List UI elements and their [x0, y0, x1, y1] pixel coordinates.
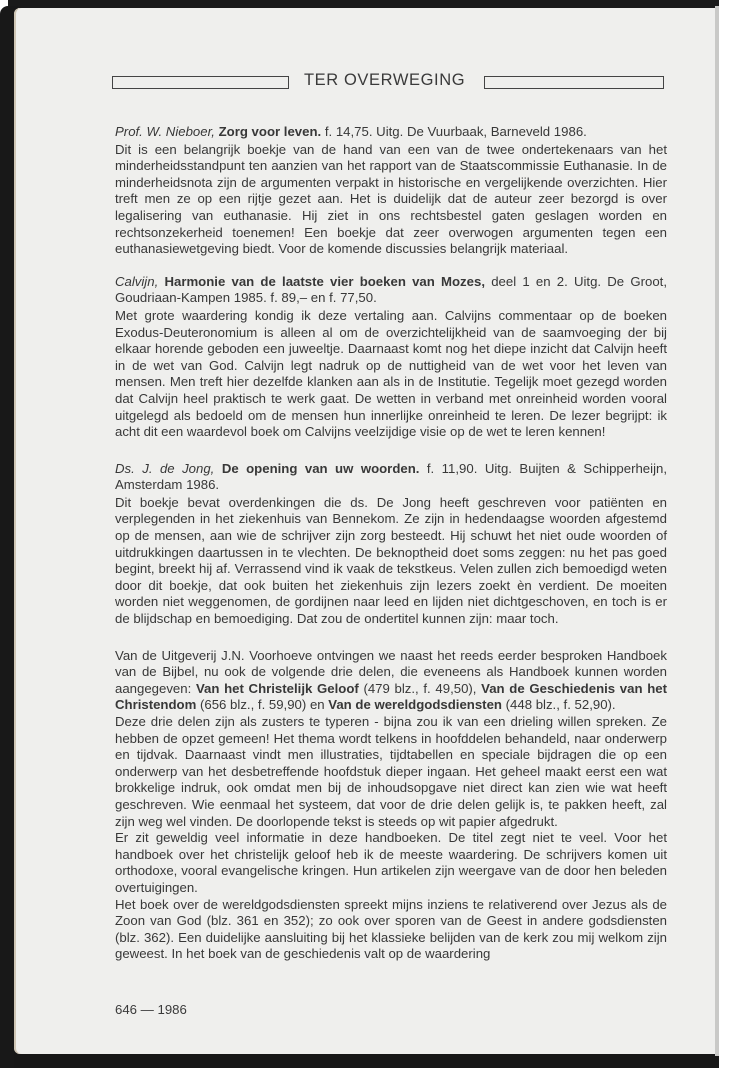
header-rule-box-left — [112, 76, 289, 89]
handbook-title-wereldgodsdiensten: Van de wereldgodsdiensten — [328, 697, 502, 712]
review-citation: Prof. W. Nieboer, Zorg voor leven. f. 14… — [115, 124, 667, 141]
scan-frame-bottom — [14, 1052, 734, 1068]
review-citation: Calvijn, Harmonie van de laatste vier bo… — [115, 274, 667, 307]
review-author: Calvijn, — [115, 274, 158, 289]
review-book-title: De opening van uw woorden. — [222, 461, 420, 476]
review-author: Ds. J. de Jong, — [115, 461, 214, 476]
section-header: TER OVERWEGING — [112, 72, 667, 92]
review-body: Dit is een belangrijk boekje van de hand… — [115, 142, 667, 258]
article-body: Prof. W. Nieboer, Zorg voor leven. f. 14… — [115, 124, 667, 963]
review-body: Dit boekje bevat overdenkingen die ds. D… — [115, 495, 667, 628]
header-rule-box-right — [484, 76, 664, 89]
page-number: 646 — 1986 — [115, 1002, 187, 1017]
handbook-info: (448 blz., f. 52,90). — [502, 697, 616, 712]
review-citation: Ds. J. de Jong, De opening van uw woorde… — [115, 461, 667, 494]
handbook-info: (479 blz., f. 49,50), — [359, 681, 481, 696]
handbooks-paragraph: Het boek over de wereldgodsdiensten spre… — [115, 897, 667, 963]
handbooks-paragraph: Er zit geweldig veel informatie in deze … — [115, 830, 667, 896]
review-body: Met grote waardering kondig ik deze vert… — [115, 308, 667, 441]
handbooks-intro: Van de Uitgeverij J.N. Voorhoeve ontving… — [115, 648, 667, 714]
spacer — [115, 628, 667, 648]
review-author: Prof. W. Nieboer, — [115, 124, 215, 139]
handbooks-paragraph: Deze drie delen zijn als zusters te type… — [115, 714, 667, 830]
scan-right-margin — [719, 0, 738, 1068]
section-title: TER OVERWEGING — [304, 71, 465, 90]
spacer — [115, 258, 667, 274]
spacer — [115, 441, 667, 461]
review-book-details: f. 14,75. Uitg. De Vuurbaak, Barneveld 1… — [321, 124, 587, 139]
scan-frame-top — [8, 0, 730, 8]
review-book-title: Harmonie van de laatste vier boeken van … — [164, 274, 485, 289]
handbook-info: (656 blz., f. 59,90) en — [196, 697, 328, 712]
handbook-title-christelijk-geloof: Van het Christelijk Geloof — [196, 681, 359, 696]
review-book-title: Zorg voor leven. — [219, 124, 322, 139]
